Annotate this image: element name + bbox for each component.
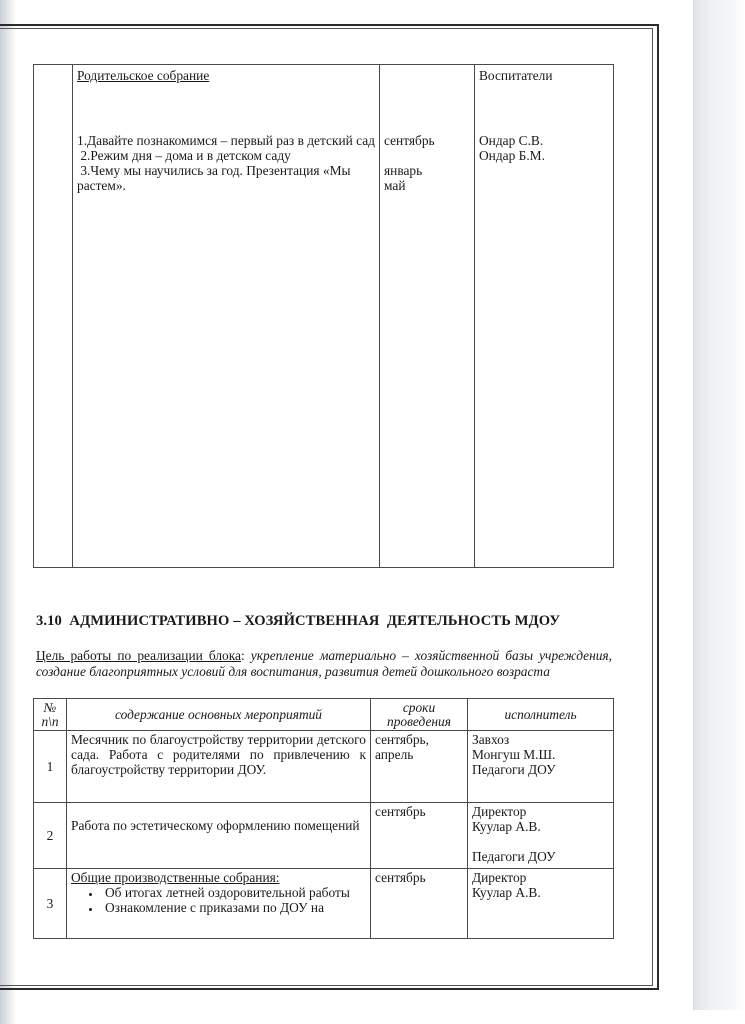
date-text: май [384,178,470,193]
row-dates: сентябрь [371,869,468,939]
row-dates: сентябрь, апрель [371,731,468,803]
responsible-title: Воспитатели [479,68,609,83]
date-text: январь [384,163,470,178]
row-number: 3 [34,869,67,939]
goal-separator: : [241,648,251,663]
date-text: сентябрь [384,133,470,148]
table-row: Родительское собрание 1.Давайте познаком… [34,65,614,568]
meeting-topic: Родительское собрание [77,68,375,83]
header-dates: сроки проведения [371,699,468,731]
row-responsible: Директор Куулар А.В. [468,869,614,939]
meeting-item: 2.Режим дня – дома и в детском саду [77,148,375,163]
meeting-item: 1.Давайте познакомимся – первый раз в де… [77,133,375,148]
table-row: 1 Месячник по благоустройству территории… [34,731,614,803]
scan-right-edge [693,0,745,1010]
meeting-item: 3.Чему мы научились за год. Презентация … [77,163,375,193]
row-content-text: Работа по эстетическому оформлению помещ… [71,804,366,833]
section-goal: Цель работы по реализации блока: укрепле… [36,648,612,680]
responsible-line: Директор [472,804,609,819]
responsible-line: Директор [472,870,609,885]
row-content: Общие производственные собрания: Об итог… [67,869,371,939]
responsible-name: Ондар Б.М. [479,148,609,163]
dates-cell: сентябрь январь май [380,65,475,568]
bullet-item: Об итогах летней оздоровительной работы [101,885,366,900]
row-content: Месячник по благоустройству территории д… [67,731,371,803]
responsible-line: Педагоги ДОУ [472,849,609,864]
row-responsible: Директор Куулар А.В. Педагоги ДОУ [468,803,614,869]
row-content-title: Общие производственные собрания: [71,870,366,885]
responsible-cell: Воспитатели Ондар С.В. Ондар Б.М. [475,65,614,568]
responsible-name: Ондар С.В. [479,133,609,148]
header-number: № п\п [34,699,67,731]
responsible-line: Куулар А.В. [472,885,609,900]
table-row: 3 Общие производственные собрания: Об ит… [34,869,614,939]
row-content: Работа по эстетическому оформлению помещ… [67,803,371,869]
admin-activities-table: № п\п содержание основных мероприятий ср… [33,698,614,939]
row-number-cell [34,65,73,568]
row-dates: сентябрь [371,803,468,869]
table-header-row: № п\п содержание основных мероприятий ср… [34,699,614,731]
content-cell: Родительское собрание 1.Давайте познаком… [73,65,380,568]
header-responsible: исполнитель [468,699,614,731]
bullet-list: Об итогах летней оздоровительной работы … [71,885,366,915]
row-number: 1 [34,731,67,803]
responsible-line: Монгуш М.Ш. [472,747,609,762]
responsible-line: Завхоз [472,732,609,747]
header-content: содержание основных мероприятий [67,699,371,731]
table-row: 2 Работа по эстетическому оформлению пом… [34,803,614,869]
goal-label: Цель работы по реализации блока [36,648,241,663]
row-number: 2 [34,803,67,869]
parents-meeting-table: Родительское собрание 1.Давайте познаком… [33,64,614,568]
responsible-line: Педагоги ДОУ [472,762,609,777]
section-title: 3.10 АДМИНИСТРАТИВНО – ХОЗЯЙСТВЕННАЯ ДЕЯ… [36,613,560,630]
responsible-line: Куулар А.В. [472,819,609,834]
bullet-item: Ознакомление с приказами по ДОУ на [101,900,366,915]
row-responsible: Завхоз Монгуш М.Ш. Педагоги ДОУ [468,731,614,803]
